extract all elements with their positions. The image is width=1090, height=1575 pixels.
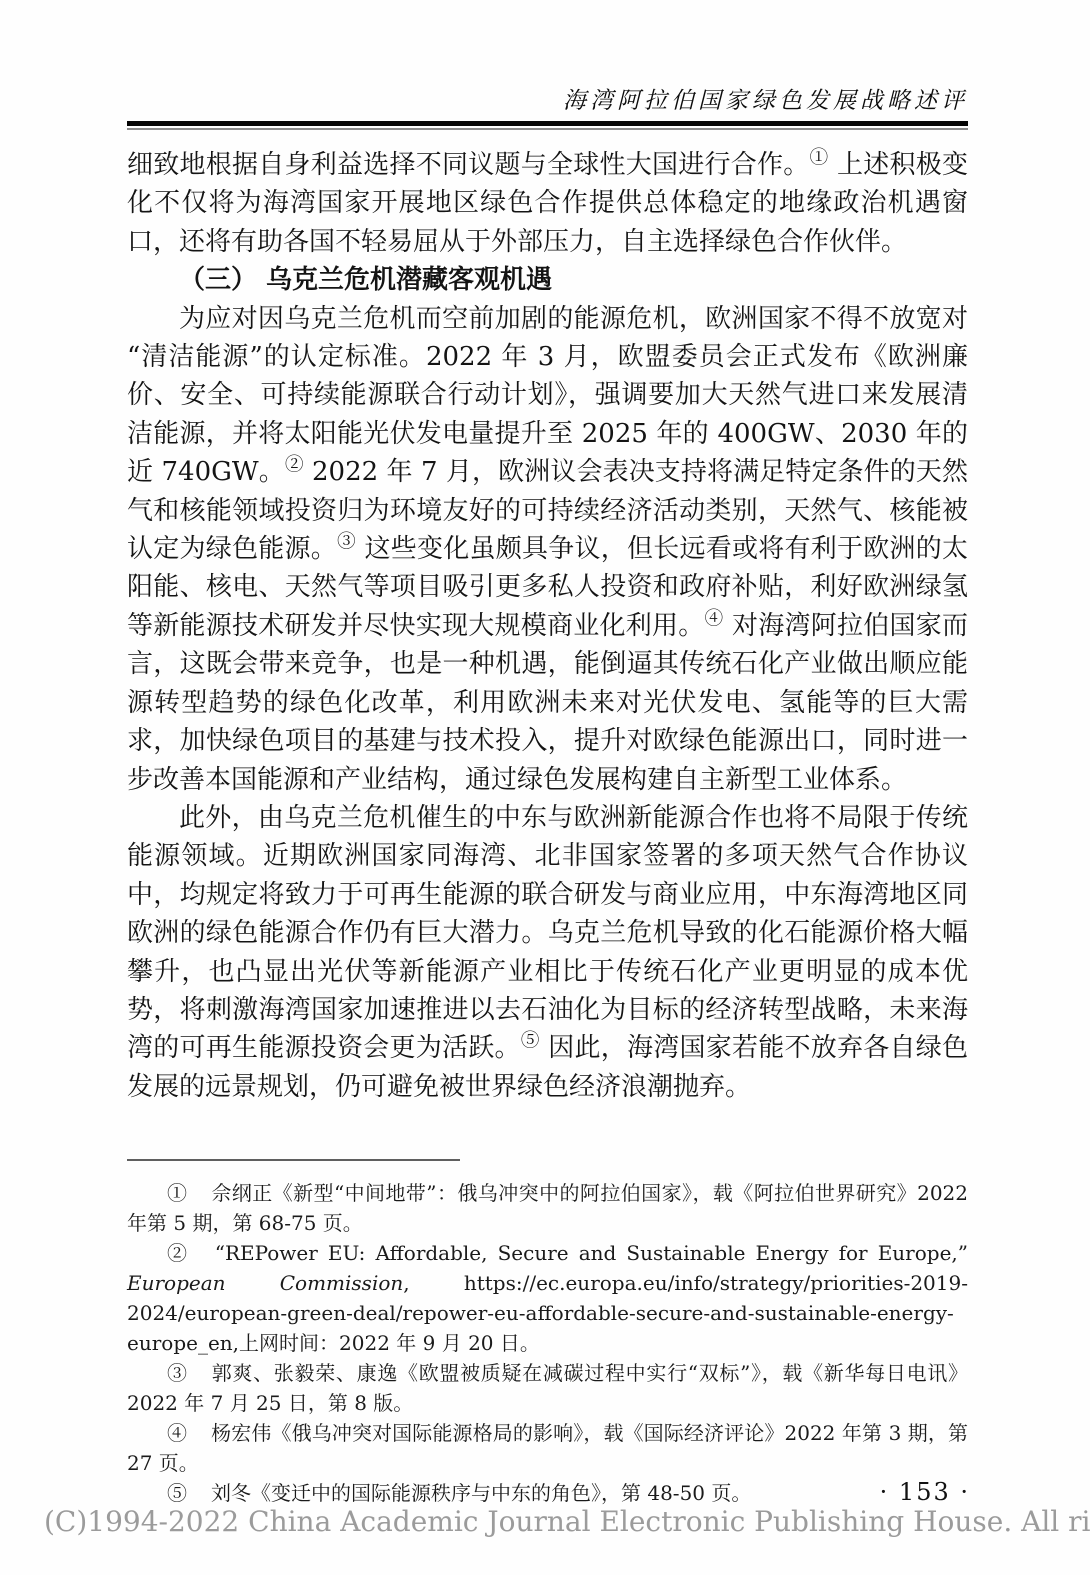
text-run: “REPower EU: Affordable, Secure and Sust… [215, 1241, 968, 1265]
footnote-ref-superscript: ⑤ [521, 1031, 540, 1052]
footnote-marker: ③ [167, 1361, 188, 1385]
footnote-item: ⑤刘冬《变迁中的国际能源秩序与中东的角色》，第 48-50 页。 [127, 1478, 968, 1508]
text-run: European Commission [127, 1271, 403, 1295]
footnote-ref-superscript: ① [810, 148, 829, 169]
header-rule-thin-line [127, 128, 968, 130]
paragraph-ukraine-crisis: 为应对因乌克兰危机而空前加剧的能源危机，欧洲国家不得不放宽对“清洁能源”的认定标… [127, 300, 968, 799]
footnote-marker: ④ [167, 1421, 187, 1445]
paragraph-continuation: 细致地根据自身利益选择不同议题与全球性大国进行合作。① 上述积极变化不仅将为海湾… [127, 146, 968, 261]
footnote-marker: ① [167, 1181, 187, 1205]
journal-page: 海湾阿拉伯国家绿色发展战略述评 细致地根据自身利益选择不同议题与全球性大国进行合… [0, 0, 1090, 1575]
footnote-item: ②“REPower EU: Affordable, Secure and Sus… [127, 1238, 968, 1358]
footnote-ref-superscript: ④ [705, 609, 724, 630]
watermark-copyright-text: (C)1994-2022 China Academic Journal Elec… [44, 1505, 1090, 1538]
footnote-ref-superscript: ③ [337, 532, 356, 553]
footnote-list: ①佘纲正《新型“中间地带”：俄乌冲突中的阿拉伯国家》，载《阿拉伯世界研究》202… [127, 1178, 968, 1508]
cnki-watermark: (C)1994-2022 China Academic Journal Elec… [44, 1505, 1090, 1538]
section-heading: （三） 乌克兰危机潜藏客观机遇 [127, 261, 968, 299]
footnote-marker: ⑤ [167, 1481, 187, 1505]
page-number: · 153 · [880, 1478, 970, 1506]
paragraph-new-energy-cooperation: 此外，由乌克兰危机催生的中东与欧洲新能源合作也将不局限于传统能源领域。近期欧洲国… [127, 799, 968, 1106]
text-run: 杨宏伟《俄乌冲突对国际能源格局的影响》，载《国际经济评论》2022 年第 3 期… [127, 1421, 968, 1475]
header-rule [127, 121, 968, 130]
text-run: （三） 乌克兰危机潜藏客观机遇 [179, 265, 552, 295]
footnote-marker: ② [167, 1241, 191, 1265]
text-run: 佘纲正《新型“中间地带”：俄乌冲突中的阿拉伯国家》，载《阿拉伯世界研究》2022… [127, 1181, 968, 1235]
header-rule-thick-line [127, 121, 968, 126]
text-run: 此外，由乌克兰危机催生的中东与欧洲新能源合作也将不局限于传统能源领域。近期欧洲国… [127, 803, 968, 1063]
text-run: 刘冬《变迁中的国际能源秩序与中东的角色》，第 48-50 页。 [211, 1481, 751, 1505]
running-header-title: 海湾阿拉伯国家绿色发展战略述评 [563, 82, 968, 115]
text-run: 细致地根据自身利益选择不同议题与全球性大国进行合作。 [127, 150, 810, 180]
footnote-separator [127, 1159, 460, 1161]
article-body: 细致地根据自身利益选择不同议题与全球性大国进行合作。① 上述积极变化不仅将为海湾… [127, 146, 968, 1106]
text-run: 郭爽、张毅荣、康逸《欧盟被质疑在减碳过程中实行“双标”》，载《新华每日电讯》20… [127, 1361, 968, 1415]
footnote-item: ①佘纲正《新型“中间地带”：俄乌冲突中的阿拉伯国家》，载《阿拉伯世界研究》202… [127, 1178, 968, 1238]
footnote-item: ④杨宏伟《俄乌冲突对国际能源格局的影响》，载《国际经济评论》2022 年第 3 … [127, 1418, 968, 1478]
footnote-ref-superscript: ② [285, 455, 304, 476]
footnote-item: ③郭爽、张毅荣、康逸《欧盟被质疑在减碳过程中实行“双标”》，载《新华每日电讯》2… [127, 1358, 968, 1418]
